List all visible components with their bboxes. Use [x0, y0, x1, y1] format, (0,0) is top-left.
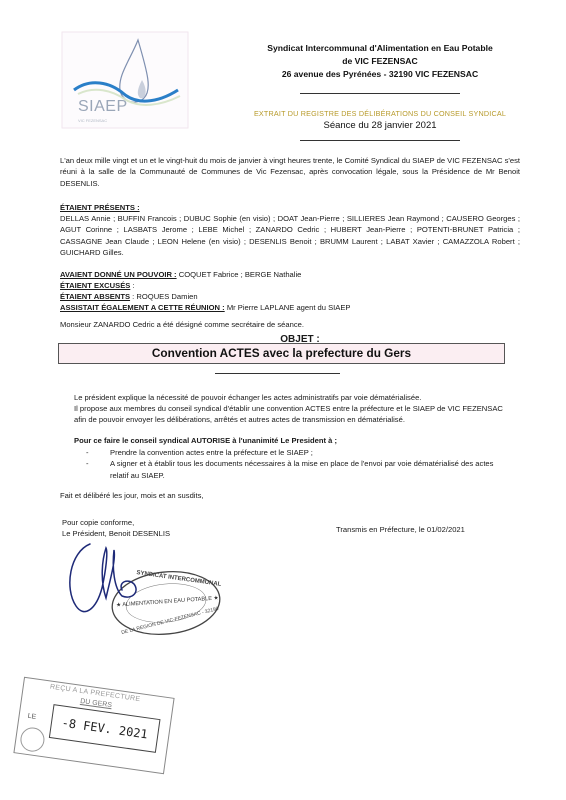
decision-list: Prendre la convention actes entre la pré…	[74, 447, 514, 481]
also-heading: ASSISTAIT ÉGALEMENT A CETTE RÉUNION :	[60, 303, 225, 312]
stamp-emblem-icon	[19, 726, 46, 753]
closing-line: Fait et délibéré les jour, mois et an su…	[60, 490, 500, 501]
excused-heading: ÉTAIENT EXCUSÉS	[60, 281, 130, 290]
intro-paragraph: L'an deux mille vingt et un et le vingt-…	[60, 155, 520, 189]
deliberation-para1: Le président explique la nécessité de po…	[74, 392, 524, 403]
copy-conform-line: Pour copie conforme,	[62, 517, 134, 528]
org-name: Syndicat Intercommunal d'Alimentation en…	[230, 43, 530, 53]
decision-item: Prendre la convention actes entre la pré…	[74, 447, 514, 458]
org-address: 26 avenue des Pyrénées - 32190 VIC FEZEN…	[230, 69, 530, 79]
proxy-heading: AVAIENT DONNÉ UN POUVOIR :	[60, 270, 177, 279]
header-divider	[300, 93, 460, 94]
present-heading: ÉTAIENT PRÉSENTS :	[60, 203, 140, 212]
session-divider	[300, 140, 460, 141]
president-name: Le Président, Benoit DESENLIS	[62, 528, 170, 539]
also-row: ASSISTAIT ÉGALEMENT A CETTE RÉUNION : Mr…	[60, 302, 520, 313]
transmission-date: Transmis en Préfecture, le 01/02/2021	[336, 524, 465, 535]
also-list: Mr Pierre LAPLANE agent du SIAEP	[227, 303, 351, 312]
logo-subtext: VIC FEZENSAC	[78, 118, 107, 123]
excused-row: ÉTAIENT EXCUSÉS :	[60, 280, 135, 291]
stamp-date-box: -8 FEV. 2021	[49, 704, 161, 753]
excused-suffix: :	[130, 281, 134, 290]
president-signature	[62, 540, 172, 620]
proxy-list: COQUET Fabrice ; BERGE Nathalie	[179, 270, 302, 279]
decision-statement: Pour ce faire le conseil syndical AUTORI…	[74, 435, 514, 446]
signature-icon	[62, 540, 172, 620]
session-date: Séance du 28 janvier 2021	[230, 120, 530, 131]
present-list: DELLAS Annie ; BUFFIN Francois ; DUBUC S…	[60, 213, 520, 258]
siaep-logo: SIAEP VIC FEZENSAC	[60, 30, 190, 130]
deliberation-para2: Il propose aux membres du conseil syndic…	[74, 403, 514, 426]
secretary-line: Monsieur ZANARDO Cedric a été désigné co…	[60, 319, 520, 330]
proxy-row: AVAIENT DONNÉ UN POUVOIR : COQUET Fabric…	[60, 269, 520, 280]
prefecture-reception-stamp: REÇU A LA PREFECTURE DU GERS LE -8 FEV. …	[13, 677, 174, 774]
absent-row: ÉTAIENT ABSENTS : ROQUES Damien	[60, 291, 198, 302]
subject-title: Convention ACTES avec la prefecture du G…	[58, 343, 505, 364]
absent-list: : ROQUES Damien	[132, 292, 197, 301]
stamp-le-label: LE	[27, 713, 36, 721]
present-label: ÉTAIENT PRÉSENTS :	[60, 202, 140, 213]
subject-divider	[215, 373, 340, 374]
decision-item: A signer et à établir tous les documents…	[74, 458, 514, 481]
logo-text: SIAEP	[78, 98, 128, 116]
stamp-date: -8 FEV. 2021	[50, 705, 159, 751]
org-city: de VIC FEZENSAC	[230, 56, 530, 66]
absent-heading: ÉTAIENT ABSENTS	[60, 292, 130, 301]
extract-title: EXTRAIT DU REGISTRE DES DÉLIBÉRATIONS DU…	[230, 109, 530, 118]
